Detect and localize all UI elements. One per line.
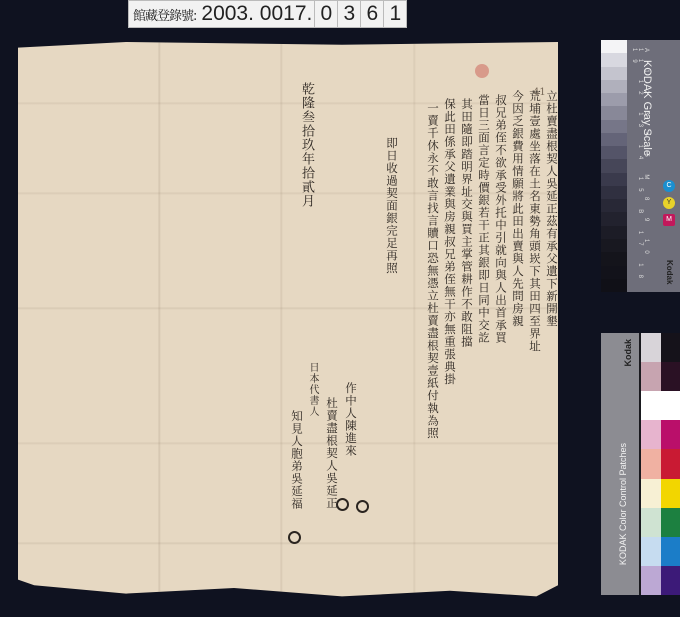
cyan-dot-icon: C [663,180,675,192]
kodak-logo: Kodak [665,260,674,284]
gray-step [601,93,627,106]
color-patch [641,508,661,537]
gray-step [601,53,627,66]
color-patch [641,362,661,391]
color-patch [641,420,661,449]
gray-step [601,239,627,252]
deed-text-column: 保此田係承父遺業與房親叔兄弟侄無干亦無重張典掛 [441,98,458,568]
accession-digit: 1 [383,1,406,27]
accession-digit: 6 [360,1,383,27]
gray-step [601,106,627,119]
historical-deed-document: 41 立杜賣盡根契人吳延正茲有承父遺下新開墾 荒埔壹處坐落在土名東勢角頭崁下其田… [18,42,558,602]
red-seal-icon [475,64,489,78]
color-patch-row [641,420,680,449]
gray-step [601,212,627,225]
archive-accession-label: 館藏登錄號: 2003. 0017. 0 3 6 1 [128,0,407,28]
kodak-logo: Kodak [623,339,633,367]
personal-seal-icon [288,531,301,544]
color-patches-title: KODAK Color Control Patches [618,443,628,565]
accession-prefix: 館藏登錄號: [129,5,199,24]
kodak-color-control-patches: Kodak KODAK Color Control Patches [601,333,680,595]
color-patch [641,566,661,595]
patch-ruler: Kodak KODAK Color Control Patches [601,333,639,595]
gray-step [601,186,627,199]
gray-step [601,133,627,146]
color-patch-row [641,566,680,595]
color-patch [661,449,680,478]
deed-text-column: 當日三面言定時價銀若干正其銀即日同中交訖 [475,94,492,564]
gray-step [601,40,627,53]
color-patch-row [641,362,680,391]
color-patch [661,420,680,449]
gray-step [601,173,627,186]
color-patch-row [641,537,680,566]
deed-text-column: 叔兄弟侄不欲承受外托中引就向與人出首承買 [492,94,509,564]
color-patch [661,508,680,537]
personal-seal-icon [356,500,369,513]
color-patch-row [641,479,680,508]
receipt-note: 即日收過契面銀完足再照 [383,137,400,337]
kodak-gray-scale-card: A 1 2 3 4 5 M 8 9 10 11 12 13 14 15 B 17… [601,40,680,292]
deed-text-column: 一賣千休永不敢言找言贖口恐無憑立杜賣盡根契壹紙付執為照 [424,102,441,522]
gray-step [601,279,627,292]
magenta-dot-icon: M [663,214,675,226]
signature-seller: 杜賣盡根契人吳延正 [323,397,340,547]
accession-digit: 3 [337,1,360,27]
accession-number: 2003. 0017. [199,2,314,26]
color-patch [661,362,680,391]
gray-step [601,266,627,279]
color-patch [661,479,680,508]
gray-step [601,199,627,212]
color-patch [641,391,661,420]
color-patch [641,479,661,508]
personal-seal-icon [336,498,349,511]
color-patch-row [641,391,680,420]
gray-step [601,80,627,93]
color-patch-grid [641,333,680,595]
deed-text-column: 荒埔壹處坐落在土名東勢角頭崁下其田四至界址 [526,90,543,560]
gray-step [601,146,627,159]
color-patch [641,333,661,362]
color-patch-row [641,508,680,537]
deed-text-column: 今因乏銀費用情願將此田出賣與人先問房親 [509,90,526,560]
color-patch [661,566,680,595]
color-patch [661,537,680,566]
gray-step [601,120,627,133]
signature-scribe: 日本代書人 [304,362,321,452]
color-patch-row [641,449,680,478]
color-patch [661,391,680,420]
yellow-dot-icon: Y [663,197,675,209]
gray-step [601,159,627,172]
date-line: 乾隆叁拾玖年拾貳月 [298,82,315,282]
gray-scale-title: KODAK Gray Scale [641,60,653,156]
deed-text-column: 立杜賣盡根契人吳延正茲有承父遺下新開墾 [543,90,560,560]
color-patch [641,449,661,478]
color-patch [661,333,680,362]
gray-step [601,226,627,239]
color-patch-row [641,333,680,362]
gray-step [601,252,627,265]
color-patch [641,537,661,566]
deed-text-column: 其田隨即踏明界址交與買主掌管耕作不敢阻擋 [458,98,475,568]
accession-digit: 0 [314,1,337,27]
gray-step-strip [601,40,627,292]
gray-step [601,67,627,80]
